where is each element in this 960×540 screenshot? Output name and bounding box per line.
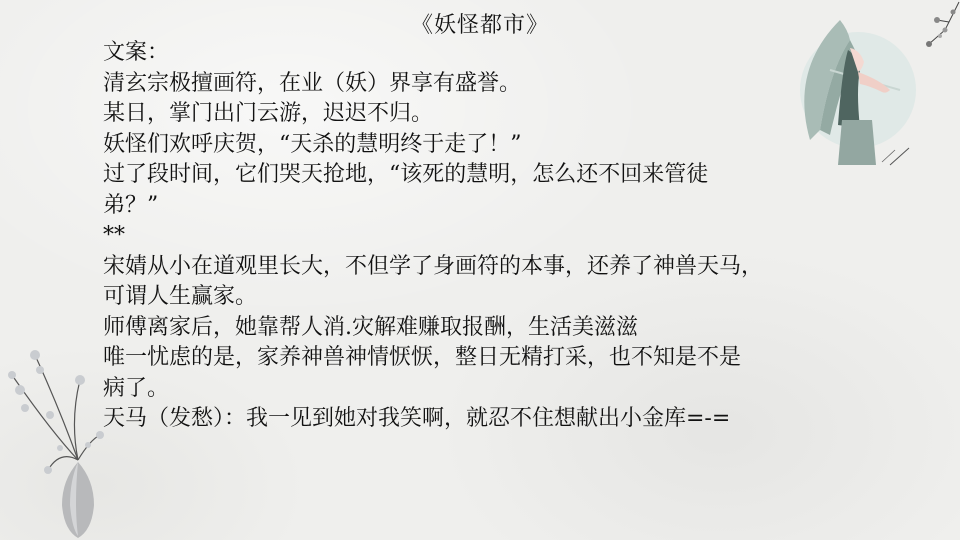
vase-with-blossoms-illustration xyxy=(0,330,110,540)
section-separator: ** xyxy=(103,221,883,252)
synopsis-line: 天马（发愁）：我一见到她对我笑啊，就忍不住想献出小金库=-= xyxy=(103,404,883,435)
synopsis-heading: 文案： xyxy=(103,38,883,69)
decorative-stroke-icon xyxy=(887,145,912,170)
synopsis-line: 过了段时间，它们哭天抢地，“该死的慧明，怎么还不回来管徒 xyxy=(103,160,883,191)
synopsis-line: 唯一忧虑的是，家养神兽神情恹恹，整日无精打采，也不知是不是 xyxy=(103,343,883,374)
synopsis-line: 可谓人生赢家。 xyxy=(103,282,883,313)
synopsis-line: 某日，掌门出门云游，迟迟不归。 xyxy=(103,99,883,130)
synopsis-line: 病了。 xyxy=(103,374,883,405)
synopsis-line: 师傅离家后，她靠帮人消.灾解难赚取报酬，生活美滋滋 xyxy=(103,313,883,344)
synopsis-line: 妖怪们欢呼庆贺，“天杀的慧明终于走了！” xyxy=(103,130,883,161)
synopsis-text: 文案： 清玄宗极擅画符，在业（妖）界享有盛誉。 某日，掌门出门云游，迟迟不归。 … xyxy=(103,38,883,435)
synopsis-line: 弟？” xyxy=(103,191,883,222)
synopsis-line: 清玄宗极擅画符，在业（妖）界享有盛誉。 xyxy=(103,69,883,100)
synopsis-line: 宋婧从小在道观里长大，不但学了身画符的本事，还养了神兽天马， xyxy=(103,252,883,283)
slide-title: 《妖怪都市》 xyxy=(0,8,960,39)
